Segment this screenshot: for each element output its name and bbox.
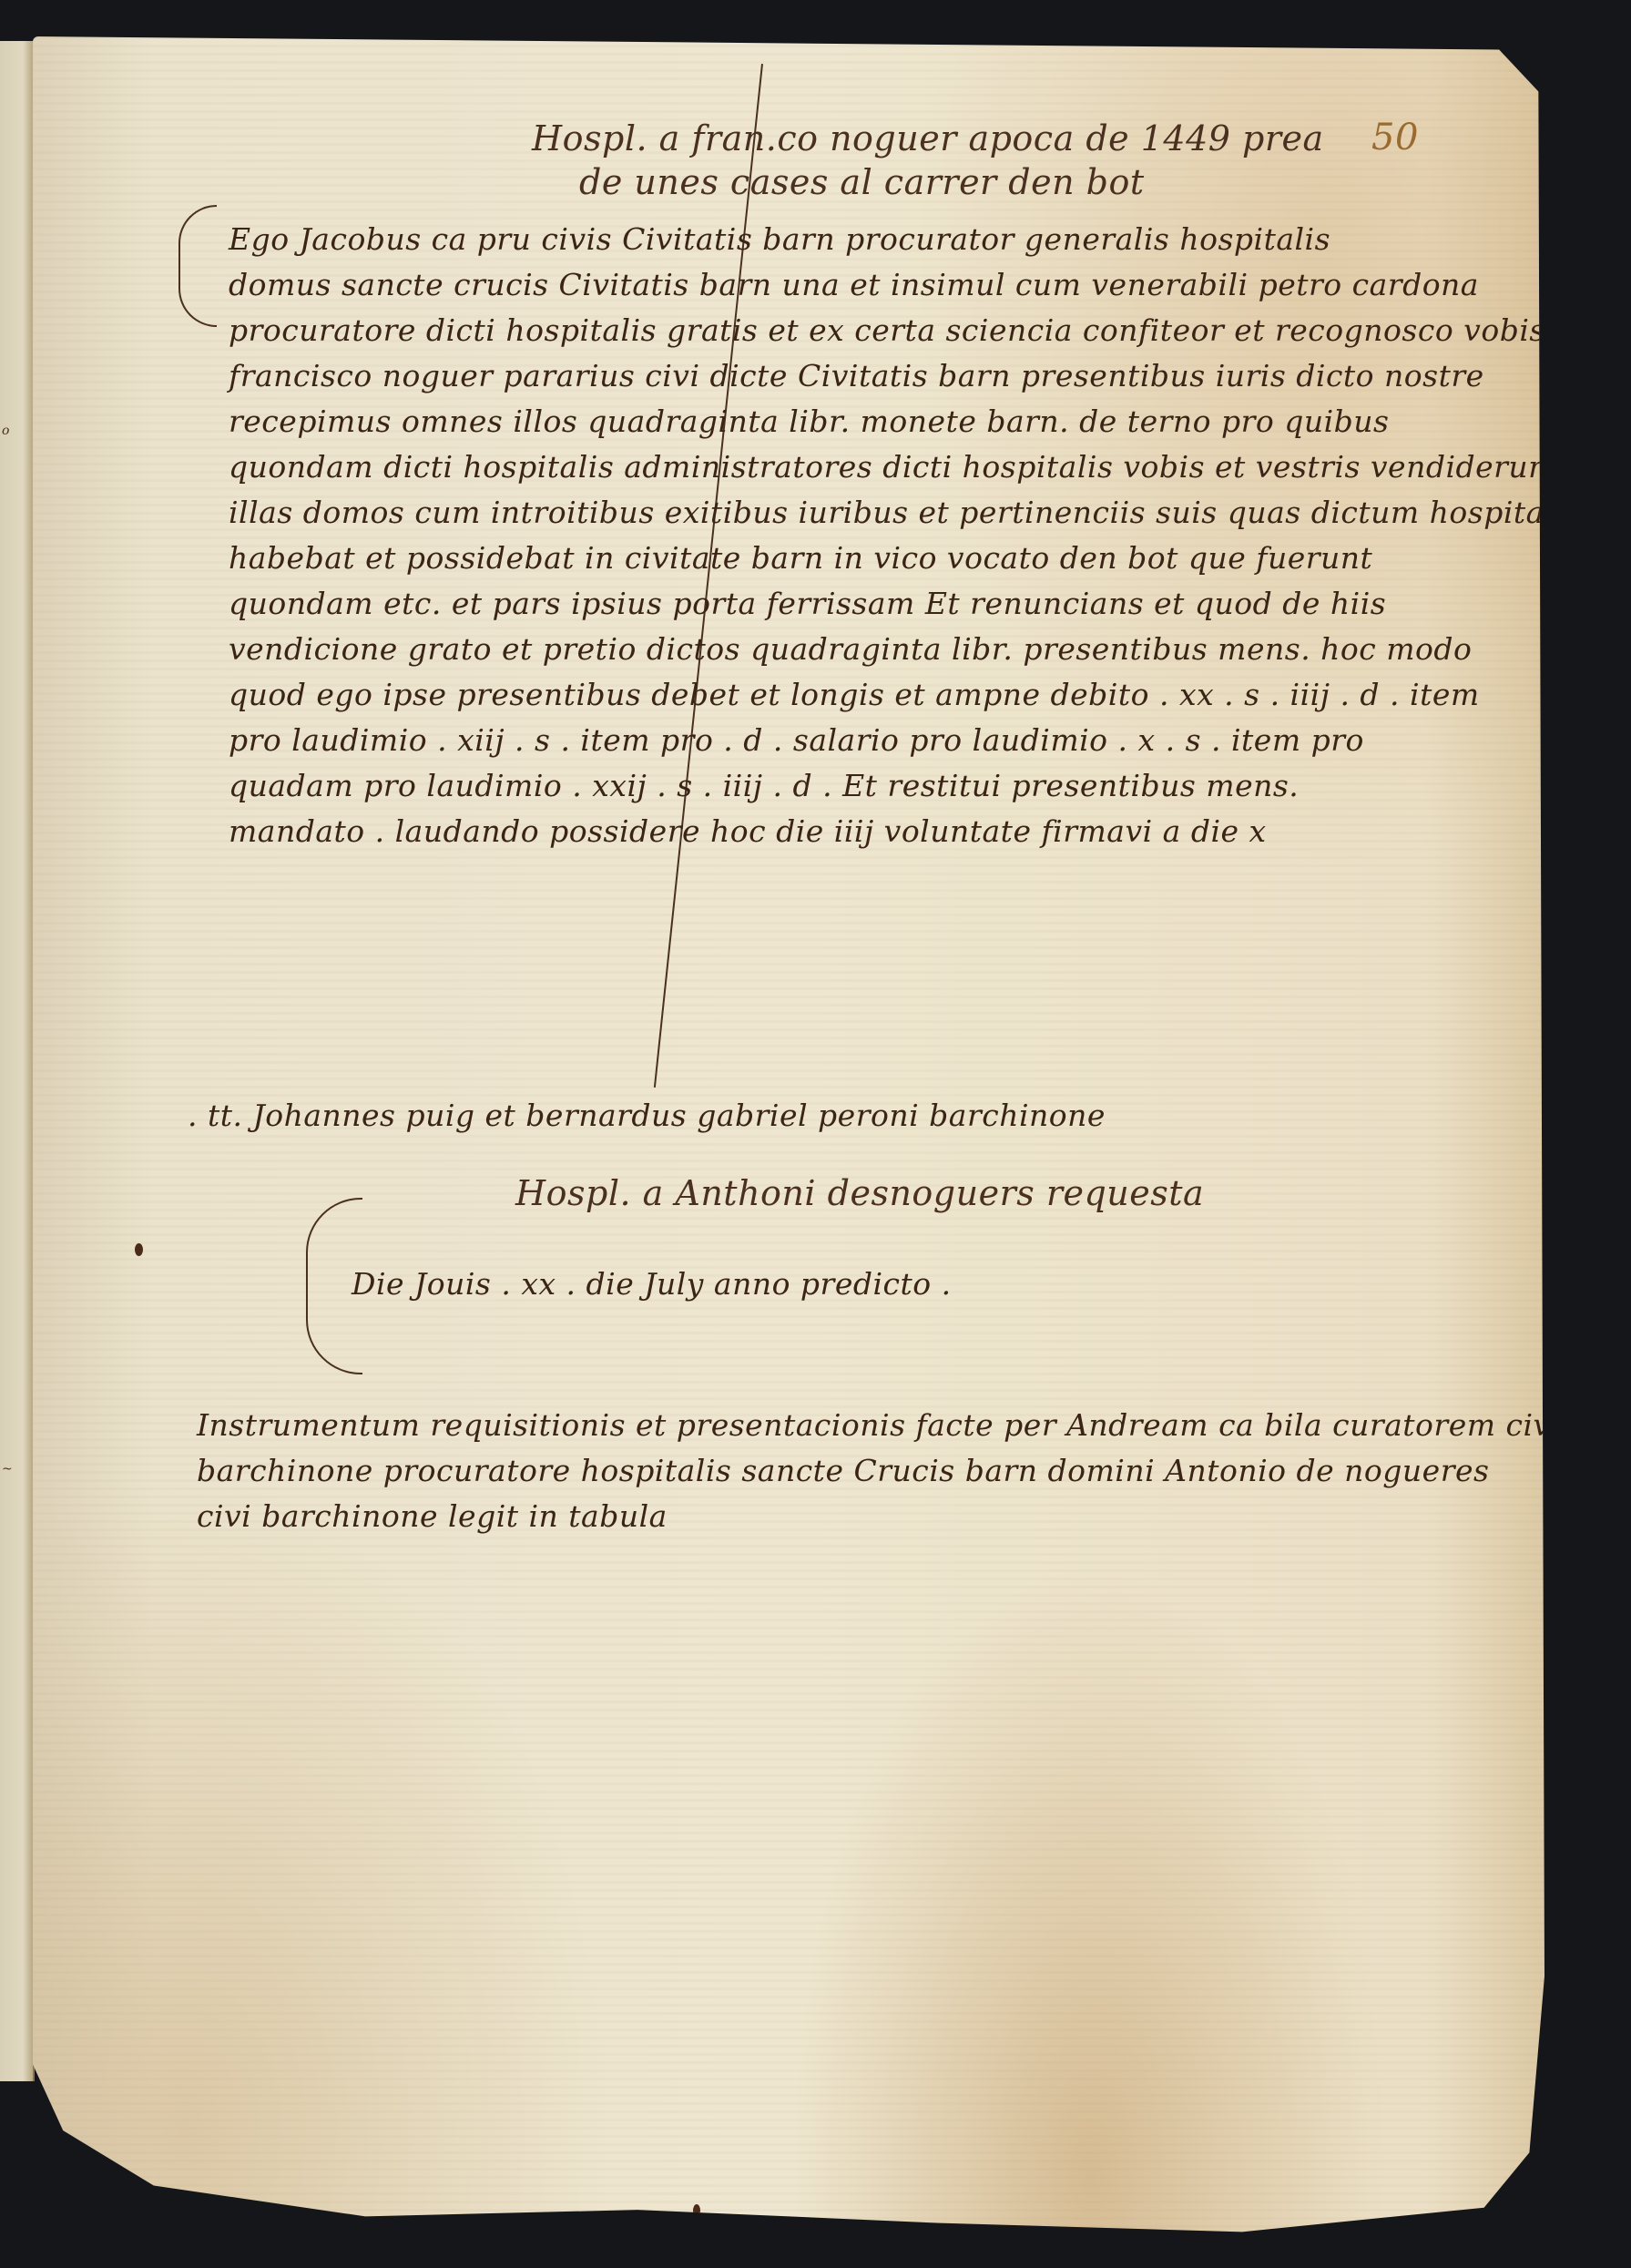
previous-page-fragment: o	[2, 424, 9, 438]
rubric-line-1: Hospl. a fran.co noguer apoca de 1449 pr…	[532, 118, 1324, 158]
ink-spot	[135, 1243, 143, 1256]
main-text: Ego Jacobus ca pru civis Civitatis barn …	[229, 217, 1631, 854]
text-line: barchinone procuratore hospitalis sancte…	[197, 1448, 1576, 1494]
text-line: francisco noguer pararius civi dicte Civ…	[229, 353, 1631, 399]
text-line: illas domos cum introitibus exitibus iur…	[229, 490, 1631, 536]
folio-number: 50	[1371, 117, 1419, 158]
second-rubric: Hospl. a Anthoni desnoguers requesta	[515, 1173, 1204, 1213]
witness-line: . tt. Johannes puig et bernardus gabriel…	[188, 1093, 1106, 1139]
opening-bracket	[178, 205, 217, 327]
text-line: procuratore dicti hospitalis gratis et e…	[229, 308, 1631, 353]
text-line: quod ego ipse presentibus debet et longi…	[229, 672, 1631, 718]
previous-page-edge: o ~	[0, 41, 35, 2081]
date-line: Die Jouis . xx . die July anno predicto …	[352, 1262, 952, 1307]
rubric-line-2: de unes cases al carrer den bot	[579, 162, 1145, 202]
ink-spot	[1066, 2241, 1073, 2252]
final-paragraph: Instrumentum requisitionis et presentaci…	[197, 1403, 1576, 1539]
text-line: civi barchinone legit in tabula	[197, 1494, 1576, 1539]
text-line: recepimus omnes illos quadraginta libr. …	[229, 399, 1631, 444]
text-line: quondam dicti hospitalis administratores…	[229, 444, 1631, 490]
manuscript-page: Hospl. a fran.co noguer apoca de 1449 pr…	[33, 36, 1544, 2241]
text-line: domus sancte crucis Civitatis barn una e…	[229, 262, 1631, 308]
text-line: habebat et possidebat in civitate barn i…	[229, 536, 1631, 581]
text-line: quondam etc. et pars ipsius porta ferris…	[229, 581, 1631, 627]
ink-spot	[693, 2204, 700, 2217]
text-line: mandato . laudando possidere hoc die iii…	[229, 809, 1631, 854]
text-line: quadam pro laudimio . xxij . s . iiij . …	[229, 763, 1631, 809]
text-line: Instrumentum requisitionis et presentaci…	[197, 1403, 1576, 1448]
text-line: vendicione grato et pretio dictos quadra…	[229, 627, 1631, 672]
text-line: pro laudimio . xiij . s . item pro . d .…	[229, 718, 1631, 763]
text-line: Ego Jacobus ca pru civis Civitatis barn …	[229, 217, 1631, 262]
previous-page-fragment: ~	[2, 1462, 13, 1476]
